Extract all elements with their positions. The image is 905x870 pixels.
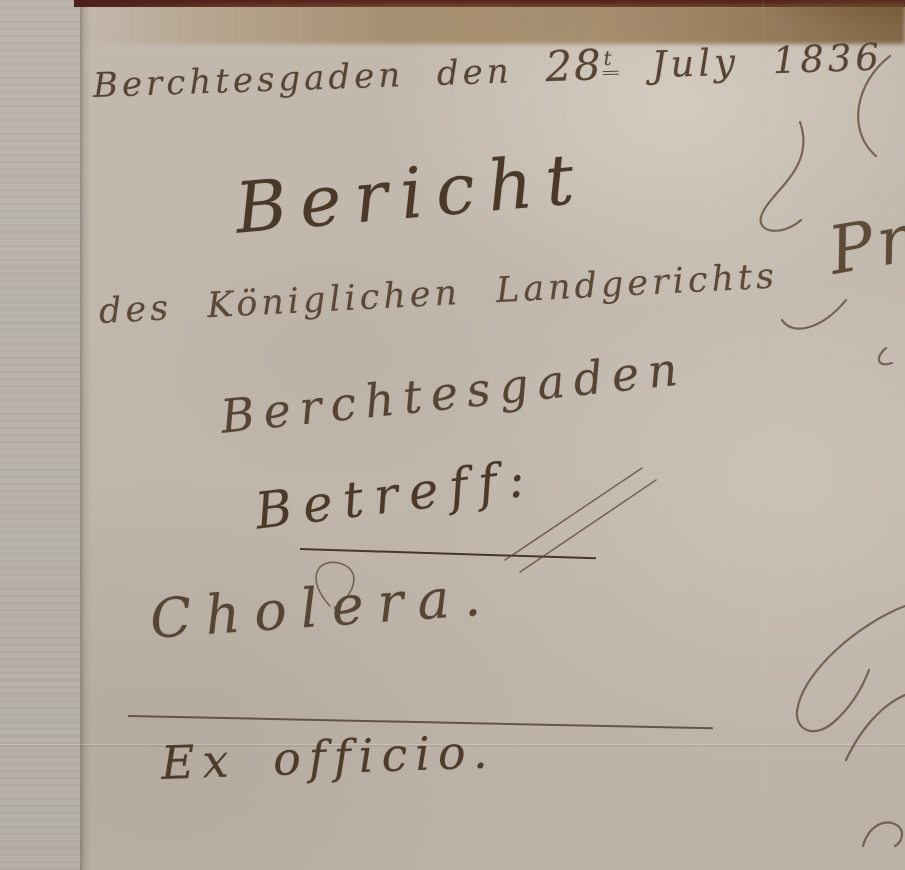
bottom-right-flourish-1 — [797, 606, 905, 731]
betreff-cross-stroke-2 — [520, 480, 656, 572]
cholera-ascender-loop — [316, 562, 354, 608]
ink-flourishes — [0, 0, 905, 870]
date-descender-flourish — [761, 122, 804, 231]
right-edge-small-mark — [879, 348, 892, 364]
corner-curl-mark — [863, 823, 902, 846]
betreff-cross-stroke-1 — [505, 468, 642, 560]
margin-note-descender — [782, 300, 846, 329]
top-right-loop-flourish — [858, 56, 890, 156]
bottom-right-flourish-2 — [846, 695, 905, 760]
document-photo: Berchtesgaden den 28t July 1836 Bericht … — [0, 0, 905, 870]
